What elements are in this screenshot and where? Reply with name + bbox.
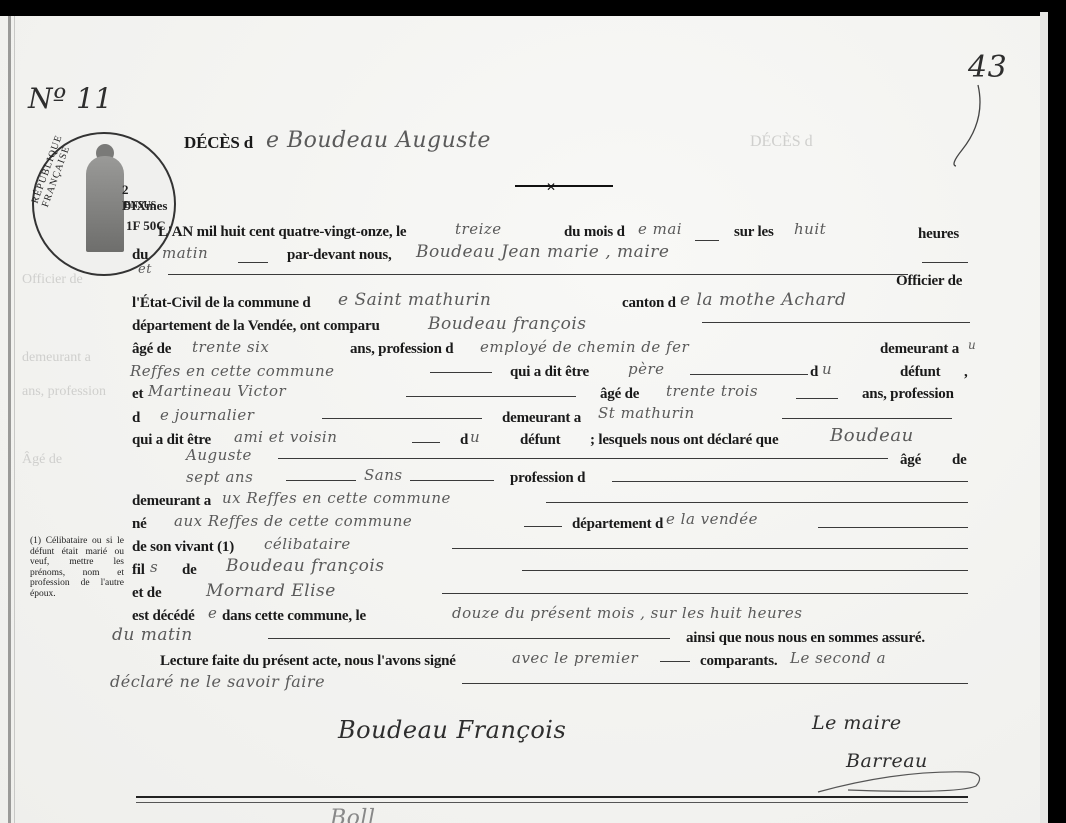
handwritten-text: Mornard Elise [206, 581, 336, 601]
fill-line [524, 526, 562, 527]
fill-line [546, 502, 968, 503]
handwritten-text: huit [794, 220, 826, 238]
next-entry-handwriting: Boll [330, 806, 375, 823]
bleed-through-text: ans, profession [22, 384, 106, 400]
handwritten-text: u [968, 338, 976, 352]
fill-line [410, 480, 494, 481]
printed-text: âgé [900, 452, 921, 469]
handwritten-text: ami et voisin [234, 428, 337, 446]
title-flourish-ornament: ✕ [546, 180, 556, 194]
handwritten-text: Boudeau Jean marie , maire [416, 242, 669, 262]
handwritten-text: employé de chemin de fer [480, 338, 689, 356]
tax-stamp: RÉPUBLIQUE FRANÇAISE 2 DIXmes ENSUS 1F 5… [32, 132, 176, 276]
printed-text: né [132, 516, 147, 533]
printed-text: et [132, 386, 143, 403]
fill-line [452, 548, 968, 549]
fill-line [406, 396, 576, 397]
handwritten-text: Le second a [790, 649, 886, 667]
fill-line [462, 683, 968, 684]
printed-text: département de la Vendée, ont comparu [132, 318, 380, 335]
printed-text: par-devant nous, [287, 247, 392, 264]
handwritten-text: père [628, 360, 665, 378]
fill-line [442, 593, 968, 594]
printed-text: ans, profession d [350, 341, 453, 358]
printed-text: âgé de [600, 386, 639, 403]
handwritten-text: Auguste [186, 446, 252, 464]
fill-line [412, 442, 440, 443]
handwritten-text: déclaré ne le savoir faire [110, 672, 325, 691]
bleed-through-text: demeurant a [22, 350, 91, 366]
mayor-title: Le maire [812, 712, 902, 734]
printed-text: Officier de [896, 273, 962, 290]
page-number-flourish [948, 80, 988, 170]
handwritten-text: treize [455, 220, 502, 238]
printed-text: ; lesquels nous ont déclaré que [590, 432, 778, 449]
fill-line [238, 262, 268, 263]
printed-text: Lecture faite du présent acte, nous l'av… [160, 653, 456, 670]
fill-line [702, 322, 970, 323]
fill-line [322, 418, 482, 419]
fill-line [782, 418, 952, 419]
printed-text: défunt [900, 364, 940, 381]
handwritten-text: e la mothe Achard [680, 290, 846, 310]
section-divider [136, 802, 968, 803]
printed-text: heures [918, 226, 959, 243]
fill-line [922, 262, 968, 263]
handwritten-text: Martineau Victor [148, 382, 286, 400]
printed-text: du mois d [564, 224, 625, 241]
handwritten-text: u [822, 360, 832, 378]
section-divider [136, 796, 968, 798]
handwritten-text: u [470, 428, 480, 446]
handwritten-text: sept ans [186, 468, 253, 486]
handwritten-text: St mathurin [598, 404, 695, 422]
printed-text: d [460, 432, 468, 449]
handwritten-text: Boudeau françois [428, 314, 587, 334]
printed-text: qui a dit être [510, 364, 589, 381]
printed-text: défunt [520, 432, 560, 449]
printed-text: demeurant a [502, 410, 581, 427]
binding-edge-inner [14, 16, 15, 823]
printed-text: est décédé [132, 608, 195, 625]
handwritten-text: e Saint mathurin [338, 290, 491, 310]
handwritten-text: trente six [192, 338, 269, 356]
handwritten-text: e la vendée [666, 510, 758, 528]
binding-edge [8, 16, 11, 823]
bleed-through-text: Officier de [22, 272, 83, 288]
printed-text: de son vivant (1) [132, 539, 234, 556]
fill-line [278, 458, 888, 459]
fill-line [612, 481, 968, 482]
fill-line [690, 374, 808, 375]
fill-line [168, 274, 908, 275]
printed-text: fil [132, 562, 145, 579]
handwritten-text: e [208, 604, 217, 622]
printed-text: canton d [622, 295, 676, 312]
handwritten-text: du matin [112, 625, 193, 645]
handwritten-text: Boudeau françois [226, 556, 385, 576]
handwritten-text: aux Reffes de cette commune [174, 512, 412, 530]
printed-text: de [952, 452, 967, 469]
fill-line [430, 372, 492, 373]
printed-text: demeurant a [132, 493, 211, 510]
printed-text: département d [572, 516, 663, 533]
printed-text: et de [132, 585, 161, 602]
stamp-figure [86, 156, 124, 252]
handwritten-text: Sans [364, 466, 403, 484]
printed-text: profession d [510, 470, 585, 487]
printed-text: comparants. [700, 653, 777, 670]
stamp-value-mid: ENSUS [124, 200, 156, 211]
title-flourish [515, 185, 613, 187]
handwritten-text: douze du présent mois , sur les huit heu… [452, 604, 802, 622]
printed-text: , [964, 364, 968, 381]
printed-text: âgé de [132, 341, 171, 358]
printed-text: l'État-Civil de la commune d [132, 295, 311, 312]
bleed-through-text: DÉCÈS d [750, 133, 813, 151]
bleed-through-text: Âgé de [22, 452, 62, 468]
printed-text: sur les [734, 224, 774, 241]
handwritten-text: célibataire [264, 535, 351, 553]
fill-line [660, 661, 690, 662]
printed-text: d [810, 364, 818, 381]
fill-line [286, 480, 356, 481]
handwritten-text: trente trois [666, 382, 758, 400]
printed-text: de [182, 562, 197, 579]
deceased-name: e Boudeau Auguste [266, 128, 491, 153]
title-printed: DÉCÈS d [184, 133, 253, 153]
printed-text: ans, profession [862, 386, 954, 403]
handwritten-text: s [150, 558, 158, 576]
printed-text: dans cette commune, le [222, 608, 366, 625]
fill-line [695, 240, 719, 241]
signature-flourish [808, 760, 988, 800]
handwritten-text: e mai [638, 220, 682, 238]
footnote: (1) Célibataire ou si le défunt était ma… [30, 536, 124, 599]
handwritten-text: e journalier [160, 406, 254, 424]
printed-text: demeurant a [880, 341, 959, 358]
handwritten-text: Boudeau [830, 425, 914, 446]
handwritten-text: Reffes en cette commune [130, 362, 334, 380]
declarant-signature: Boudeau François [338, 716, 566, 744]
printed-text: d [132, 410, 140, 427]
printed-text: ainsi que nous nous en sommes assuré. [686, 630, 925, 647]
fill-line [796, 398, 838, 399]
fill-line [818, 527, 968, 528]
fill-line [522, 570, 968, 571]
handwritten-text: et [138, 262, 152, 277]
handwritten-text: ux Reffes en cette commune [222, 489, 451, 507]
fill-line [268, 638, 670, 639]
printed-text: L'AN mil huit cent quatre-vingt-onze, le [158, 224, 406, 241]
handwritten-text: matin [162, 244, 208, 262]
page-edge [1040, 12, 1048, 823]
handwritten-text: avec le premier [512, 649, 638, 667]
